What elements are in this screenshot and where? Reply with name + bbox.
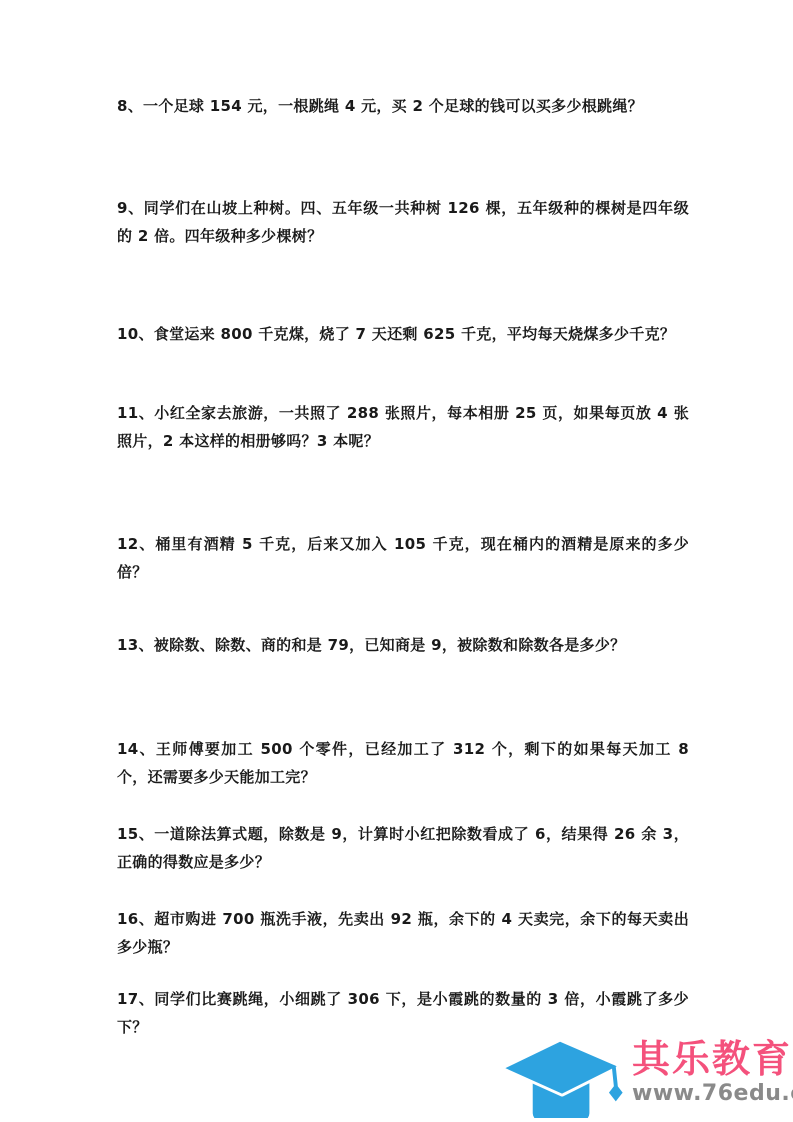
brand-name: 其乐教育 <box>632 1038 793 1080</box>
question-11: 11、小红全家去旅游，一共照了 288 张照片，每本相册 25 页，如果每页放 … <box>117 399 689 455</box>
logo-text: 其乐教育 www.76edu.com <box>632 1032 793 1107</box>
question-16: 16、超市购进 700 瓶洗手液，先卖出 92 瓶，余下的 4 天卖完，余下的每… <box>117 905 689 961</box>
question-8: 8、一个足球 154 元，一根跳绳 4 元，买 2 个足球的钱可以买多少根跳绳？ <box>117 92 689 120</box>
question-14: 14、王师傅要加工 500 个零件，已经加工了 312 个，剩下的如果每天加工 … <box>117 735 689 791</box>
question-10: 10、食堂运来 800 千克煤，烧了 7 天还剩 625 千克，平均每天烧煤多少… <box>117 320 689 348</box>
graduation-cap-icon <box>498 1032 630 1118</box>
brand-url: www.76edu.com <box>632 1081 793 1107</box>
question-13: 13、被除数、除数、商的和是 79，已知商是 9，被除数和除数各是多少？ <box>117 631 689 659</box>
question-9: 9、同学们在山坡上种树。四、五年级一共种树 126 棵，五年级种的棵树是四年级的… <box>117 194 689 250</box>
worksheet-page: 8、一个足球 154 元，一根跳绳 4 元，买 2 个足球的钱可以买多少根跳绳？… <box>0 0 793 1122</box>
question-12: 12、桶里有酒精 5 千克，后来又加入 105 千克，现在桶内的酒精是原来的多少… <box>117 530 689 586</box>
question-15: 15、一道除法算式题，除数是 9，计算时小红把除数看成了 6，结果得 26 余 … <box>117 820 689 876</box>
site-logo: 其乐教育 www.76edu.com <box>498 1032 793 1118</box>
